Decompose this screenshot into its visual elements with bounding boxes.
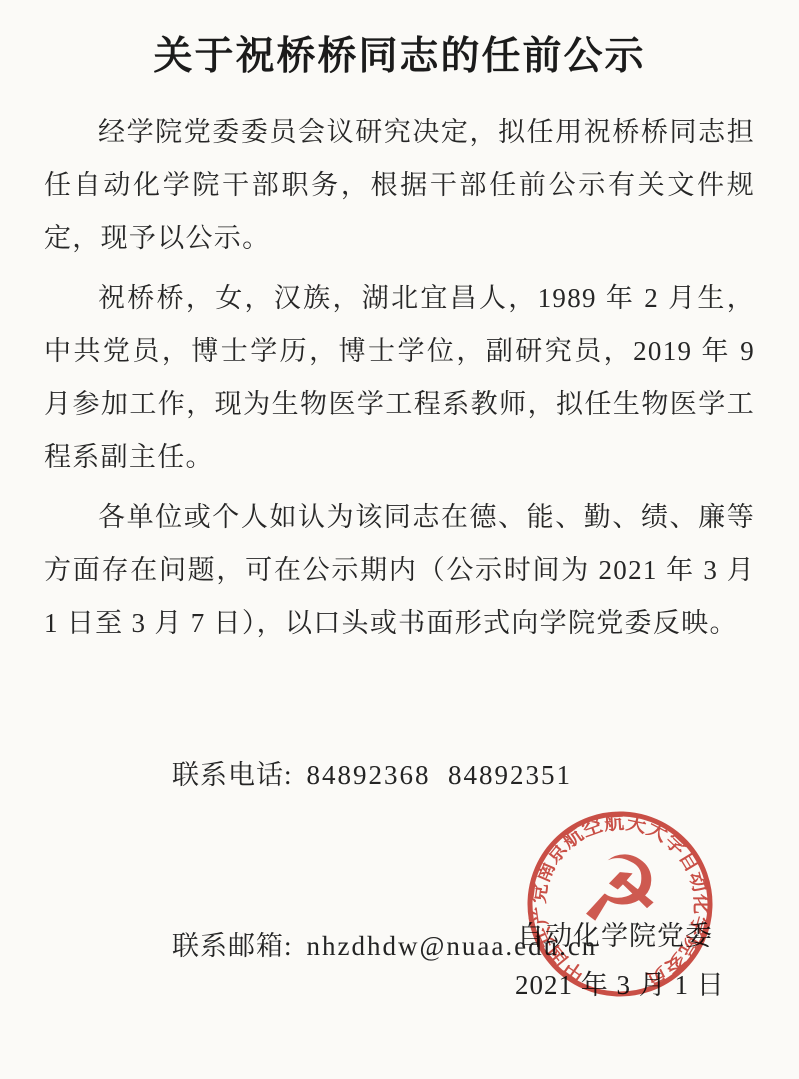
paragraph-decision: 经学院党委委员会议研究决定，拟任用祝桥桥同志担任自动化学院干部职务，根据干部任前… [44, 106, 755, 265]
document-title: 关于祝桥桥同志的任前公示 [44, 34, 755, 80]
paragraph-feedback-period: 各单位或个人如认为该同志在德、能、勤、绩、廉等方面存在问题，可在公示期内（公示时… [44, 491, 755, 650]
hammer-sickle-icon: ☭ [577, 835, 663, 945]
official-seal: 中国共产党南京航空航天大学自动化学院委员会 ☭ [518, 803, 723, 1006]
announcement-document: 关于祝桥桥同志的任前公示 经学院党委委员会议研究决定，拟任用祝桥桥同志担任自动化… [0, 0, 799, 1079]
contact-phone-numbers: 84892368 84892351 [307, 760, 573, 790]
contact-phone-label: 联系电话: [172, 760, 293, 790]
paragraph-biography: 祝桥桥，女，汉族，湖北宜昌人，1989 年 2 月生，中共党员，博士学历，博士学… [44, 272, 755, 484]
contact-email-label: 联系邮箱: [172, 931, 293, 961]
